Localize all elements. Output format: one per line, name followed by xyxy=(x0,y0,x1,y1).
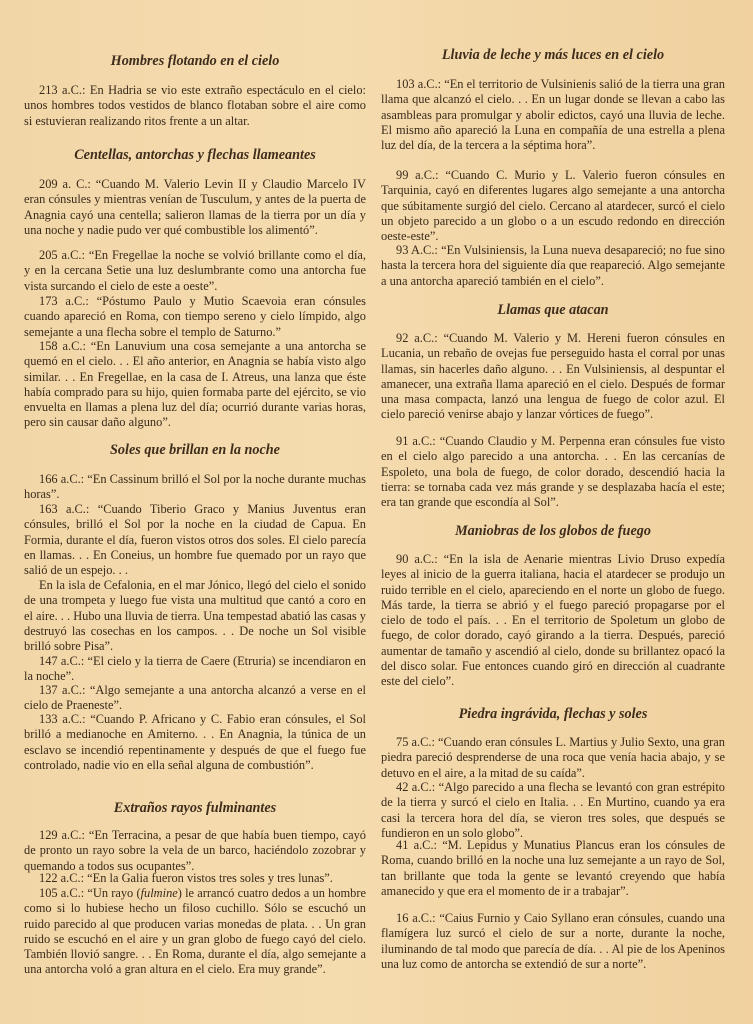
entry: 42 a.C.: “Algo parecido a una flecha se … xyxy=(381,780,725,841)
entry: 122 a.C.: “En la Galia fueron vistos tre… xyxy=(24,871,366,886)
entry: 93 A.C.: “En Vulsiniensis, la Luna nueva… xyxy=(381,243,725,289)
entry: 133 a.C.: “Cuando P. Africano y C. Fabio… xyxy=(24,712,366,773)
entry: 205 a.C.: “En Fregellae la noche se volv… xyxy=(24,248,366,294)
entry: 75 a.C.: “Cuando eran cónsules L. Martiu… xyxy=(381,735,725,781)
entry: 103 a.C.: “En el territorio de Vulsinien… xyxy=(381,77,725,153)
section-heading: Piedra ingrávida, flechas y soles xyxy=(381,706,725,723)
section-heading: Extraños rayos fulminantes xyxy=(24,800,366,817)
entry: 16 a.C.: “Caius Furnio y Caio Syllano er… xyxy=(381,911,725,972)
section-heading: Lluvia de leche y más luces en el cielo xyxy=(381,47,725,64)
entry: 158 a.C.: “En Lanuvium una cosa semejant… xyxy=(24,339,366,431)
entry: 91 a.C.: “Cuando Claudio y M. Perpenna e… xyxy=(381,434,725,510)
section-heading: Hombres flotando en el cielo xyxy=(24,53,366,70)
entry: 163 a.C.: “Cuando Tiberio Graco y Manius… xyxy=(24,502,366,578)
entry: 105 a.C.: “Un rayo (fulmine) le arrancó … xyxy=(24,886,366,978)
section-heading: Maniobras de los globos de fuego xyxy=(381,523,725,540)
entry: 209 a. C.: “Cuando M. Valerio Levin II y… xyxy=(24,177,366,238)
section-heading: Centellas, antorchas y flechas llameante… xyxy=(24,147,366,164)
entry: 213 a.C.: En Hadria se vio este extraño … xyxy=(24,83,366,129)
entry: 166 a.C.: “En Cassinum brilló el Sol por… xyxy=(24,472,366,503)
entry: 137 a.C.: “Algo semejante a una antorcha… xyxy=(24,683,366,714)
entry: 41 a.C.: “M. Lepidus y Munatius Plancus … xyxy=(381,838,725,899)
entry: En la isla de Cefalonia, en el mar Jónic… xyxy=(24,578,366,654)
entry: 147 a.C.: “El cielo y la tierra de Caere… xyxy=(24,654,366,685)
entry: 90 a.C.: “En la isla de Aenarie mientras… xyxy=(381,552,725,690)
section-heading: Llamas que atacan xyxy=(381,302,725,319)
entry: 99 a.C.: “Cuando C. Murio y L. Valerio f… xyxy=(381,168,725,244)
emphasized-word: fulmine xyxy=(141,886,178,900)
section-heading: Soles que brillan en la noche xyxy=(24,442,366,459)
entry: 92 a.C.: “Cuando M. Valerio y M. Hereni … xyxy=(381,331,725,423)
entry: 129 a.C.: “En Terracina, a pesar de que … xyxy=(24,828,366,874)
entry: 173 a.C.: “Póstumo Paulo y Mutio Scaevoi… xyxy=(24,294,366,340)
